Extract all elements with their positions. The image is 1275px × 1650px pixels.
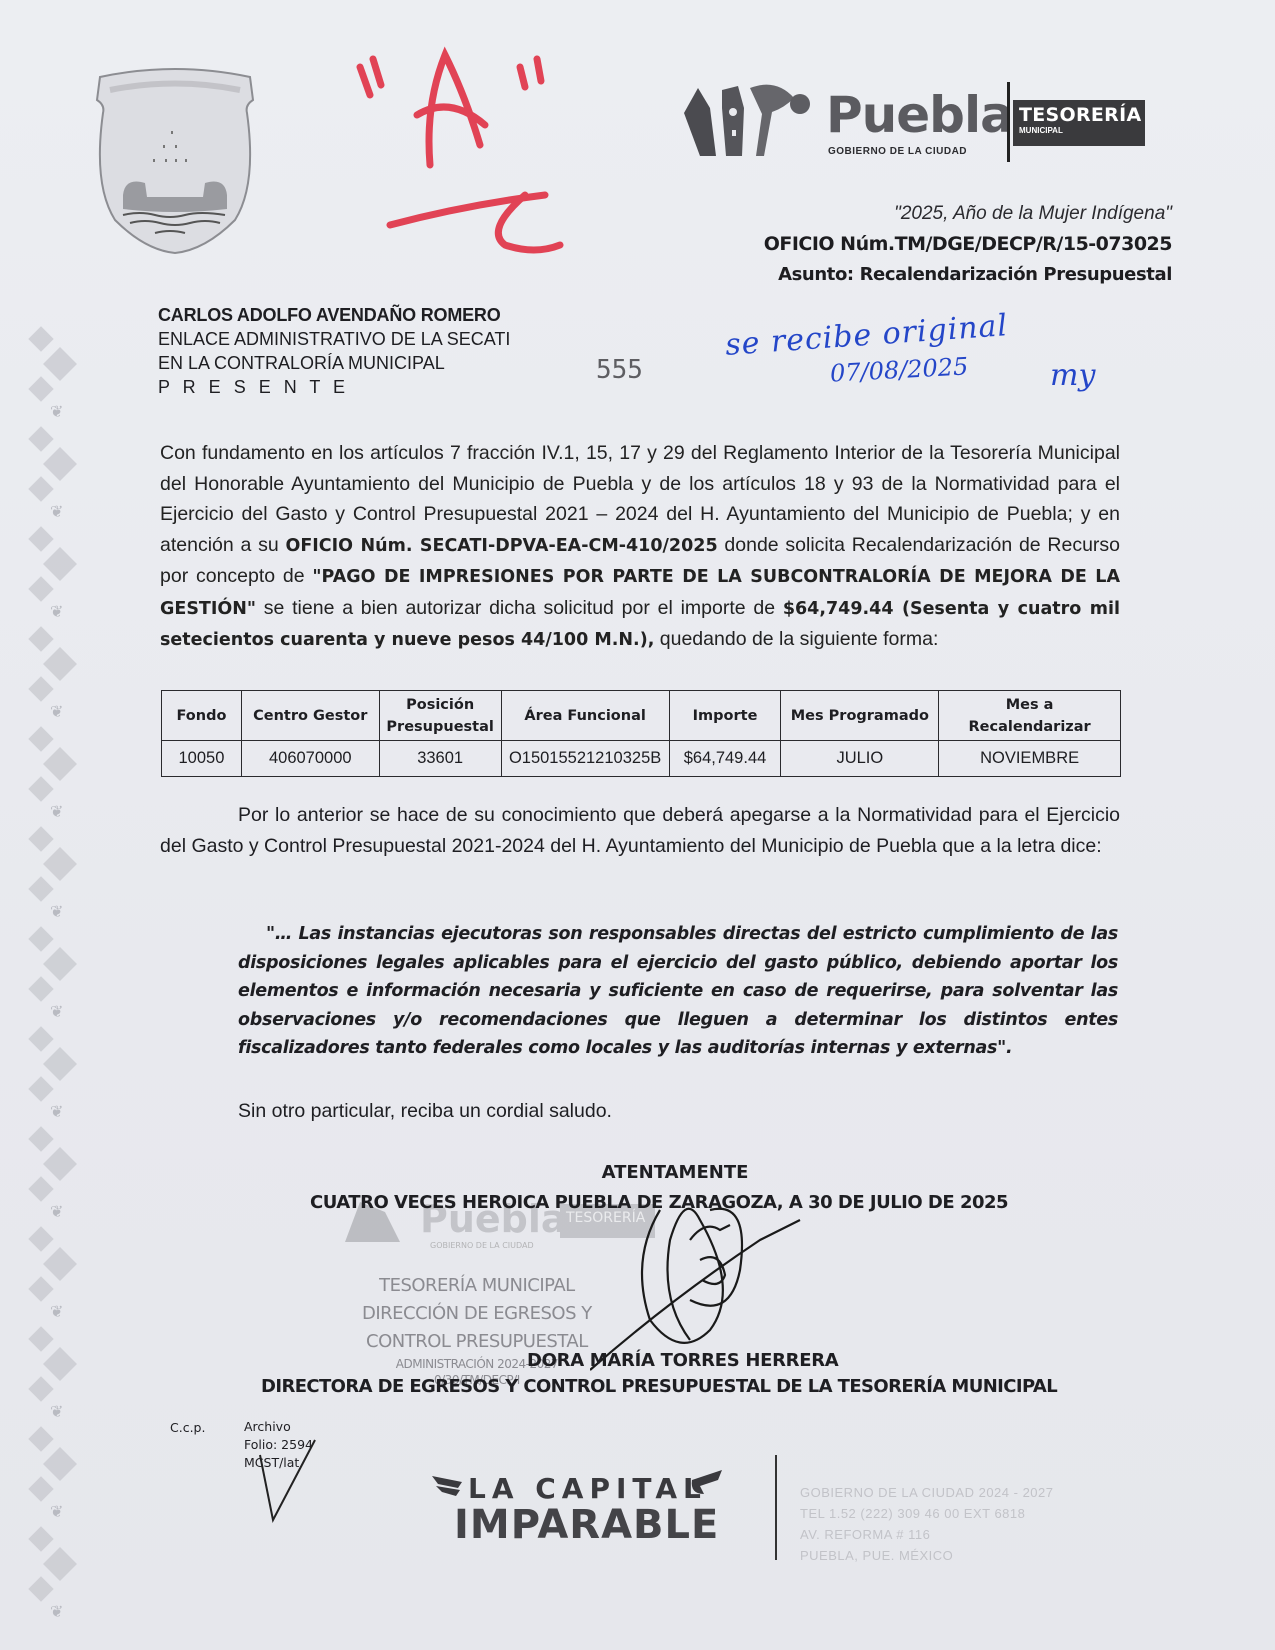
pattern-diamond — [28, 1326, 53, 1351]
ccp-label: C.c.p. — [170, 1420, 205, 1435]
footer-divider — [775, 1455, 777, 1560]
pattern-diamond — [28, 1376, 53, 1401]
pattern-leaf: ❦ — [50, 1002, 63, 1022]
municipal-label: MUNICIPAL — [1019, 126, 1139, 135]
pattern-leaf: ❦ — [50, 1302, 63, 1322]
pattern-diamond — [43, 947, 77, 981]
handwritten-date: 07/08/2025 — [829, 352, 969, 387]
pattern-diamond — [28, 826, 53, 851]
puebla-tesoreria-logo: Puebla GOBIERNO DE LA CIUDAD TESORERÍA M… — [676, 78, 1146, 168]
closing-line: Sin otro particular, reciba un cordial s… — [238, 1100, 612, 1123]
table-header-cell: Posición Presupuestal — [379, 691, 501, 741]
right-wing-icon — [688, 1466, 724, 1496]
paragraph-text: se tiene a bien autorizar dicha solicitu… — [256, 597, 783, 619]
table-header-cell: Fondo — [162, 691, 242, 741]
presente-label: P R E S E N T E — [158, 375, 510, 399]
table-header-cell: Centro Gestor — [241, 691, 379, 741]
pattern-leaf: ❦ — [50, 1602, 63, 1622]
regulation-quote: "… Las instancias ejecutoras son respons… — [238, 920, 1118, 1063]
signer-title: DIRECTORA DE EGRESOS Y CONTROL PRESUPUES… — [261, 1376, 1057, 1397]
pattern-diamond — [43, 447, 77, 481]
pattern-leaf: ❦ — [50, 502, 63, 522]
table-row: 1005040607000033601O15015521210325B$64,7… — [162, 741, 1121, 777]
pattern-diamond — [28, 476, 53, 501]
pattern-leaf: ❦ — [50, 602, 63, 622]
pattern-diamond — [28, 376, 53, 401]
pattern-leaf: ❦ — [50, 802, 63, 822]
footer-contact-info: GOBIERNO DE LA CIUDAD 2024 - 2027 TEL 1.… — [800, 1482, 1053, 1566]
seal-line: DIRECCIÓN DE EGRESOS Y — [362, 1300, 592, 1328]
table-header-cell: Mes Programado — [781, 691, 939, 741]
recipient-position: ENLACE ADMINISTRATIVO DE LA SECATI — [158, 327, 510, 351]
pattern-diamond — [28, 976, 53, 1001]
ccp-item: Archivo — [244, 1418, 313, 1436]
recipient-block: CARLOS ADOLFO AVENDAÑO ROMERO ENLACE ADM… — [158, 303, 510, 399]
pattern-diamond — [43, 1347, 77, 1381]
table-cell: JULIO — [781, 741, 939, 777]
pattern-diamond — [28, 726, 53, 751]
municipal-shield-icon — [85, 65, 265, 255]
logo-divider — [1007, 82, 1010, 162]
footer-info-line: GOBIERNO DE LA CIUDAD 2024 - 2027 — [800, 1482, 1053, 1503]
subject-line: Asunto: Recalendarización Presupuestal — [778, 264, 1172, 285]
pattern-leaf: ❦ — [50, 1102, 63, 1122]
handwritten-initials: my — [1050, 358, 1095, 393]
pattern-diamond — [43, 1547, 77, 1581]
pattern-diamond — [28, 1576, 53, 1601]
handwritten-receipt-note: se recibe original 07/08/2025 my — [720, 318, 1100, 408]
slogan-line2: IMPARABLE — [454, 1502, 719, 1548]
pattern-diamond — [43, 1047, 77, 1081]
tesoreria-badge: TESORERÍA MUNICIPAL — [1013, 100, 1145, 146]
pattern-diamond — [28, 1026, 53, 1051]
pattern-diamond — [43, 847, 77, 881]
recipient-office: EN LA CONTRALORÍA MUNICIPAL — [158, 351, 510, 375]
pattern-diamond — [28, 1426, 53, 1451]
footer-info-line: PUEBLA, PUE. MÉXICO — [800, 1545, 1053, 1566]
table-cell: 33601 — [379, 741, 501, 777]
decorative-border-pattern: ❦❦❦❦❦❦❦❦❦❦❦❦❦ — [28, 330, 88, 1630]
city-emblem-icon — [676, 78, 824, 158]
pattern-diamond — [28, 426, 53, 451]
referenced-oficio: OFICIO Núm. SECATI-DPVA-EA-CM-410/2025 — [285, 536, 717, 556]
pattern-diamond — [43, 347, 77, 381]
pattern-leaf: ❦ — [50, 1502, 63, 1522]
recipient-name: CARLOS ADOLFO AVENDAÑO ROMERO — [158, 303, 510, 327]
pattern-diamond — [43, 647, 77, 681]
left-wing-icon — [430, 1472, 466, 1502]
pattern-diamond — [28, 626, 53, 651]
gobierno-subtitle: GOBIERNO DE LA CIUDAD — [828, 146, 967, 157]
pattern-diamond — [28, 326, 53, 351]
pattern-leaf: ❦ — [50, 1402, 63, 1422]
footer-info-line: TEL 1.52 (222) 309 46 00 EXT 6818 — [800, 1503, 1053, 1524]
seal-line: TESORERÍA MUNICIPAL — [362, 1272, 592, 1300]
oficio-number: OFICIO Núm.TM/DGE/DECP/R/15-073025 — [764, 233, 1172, 255]
pattern-leaf: ❦ — [50, 402, 63, 422]
pattern-diamond — [28, 1276, 53, 1301]
scanned-letter-page: ❦❦❦❦❦❦❦❦❦❦❦❦❦ — [0, 0, 1275, 1650]
pattern-diamond — [28, 926, 53, 951]
table-cell: 10050 — [162, 741, 242, 777]
la-capital-imparable-logo: LA CAPITAL IMPARABLE — [430, 1472, 750, 1552]
year-motto: "2025, Año de la Mujer Indígena" — [894, 203, 1172, 225]
pattern-diamond — [43, 747, 77, 781]
pattern-diamond — [43, 1247, 77, 1281]
signer-name: DORA MARÍA TORRES HERRERA — [527, 1350, 838, 1371]
pattern-diamond — [28, 526, 53, 551]
budget-table: FondoCentro GestorPosición PresupuestalÁ… — [161, 690, 1121, 777]
pattern-diamond — [28, 1126, 53, 1151]
pattern-diamond — [43, 1447, 77, 1481]
received-stamp-number: 555 — [596, 355, 643, 385]
pattern-diamond — [28, 876, 53, 901]
pattern-diamond — [28, 776, 53, 801]
pattern-diamond — [28, 1476, 53, 1501]
paragraph-text: quedando de la siguiente forma: — [654, 628, 938, 650]
pattern-diamond — [28, 676, 53, 701]
svg-text:GOBIERNO DE LA CIUDAD: GOBIERNO DE LA CIUDAD — [430, 1241, 534, 1250]
tesoreria-label: TESORERÍA — [1019, 104, 1139, 126]
table-cell: 406070000 — [241, 741, 379, 777]
handwritten-check-mark — [255, 1435, 335, 1525]
table-header-cell: Mes a Recalendarizar — [939, 691, 1121, 741]
pattern-diamond — [28, 1226, 53, 1251]
second-paragraph: Por lo anterior se hace de su conocimien… — [160, 800, 1120, 862]
pattern-leaf: ❦ — [50, 902, 63, 922]
table-header-cell: Importe — [669, 691, 781, 741]
red-annotation-mark — [345, 45, 605, 265]
footer-info-line: AV. REFORMA # 116 — [800, 1524, 1053, 1545]
pattern-leaf: ❦ — [50, 1202, 63, 1222]
table-header-cell: Área Funcional — [501, 691, 669, 741]
pattern-diamond — [28, 1526, 53, 1551]
pattern-diamond — [43, 547, 77, 581]
table-cell: NOVIEMBRE — [939, 741, 1121, 777]
pattern-leaf: ❦ — [50, 702, 63, 722]
table-cell: $64,749.44 — [669, 741, 781, 777]
pattern-diamond — [28, 1076, 53, 1101]
slogan-line1: LA CAPITAL — [468, 1472, 707, 1505]
table-cell: O15015521210325B — [501, 741, 669, 777]
pattern-diamond — [28, 576, 53, 601]
main-paragraph: Con fundamento en los artículos 7 fracci… — [160, 438, 1120, 656]
puebla-wordmark: Puebla — [826, 86, 1013, 144]
